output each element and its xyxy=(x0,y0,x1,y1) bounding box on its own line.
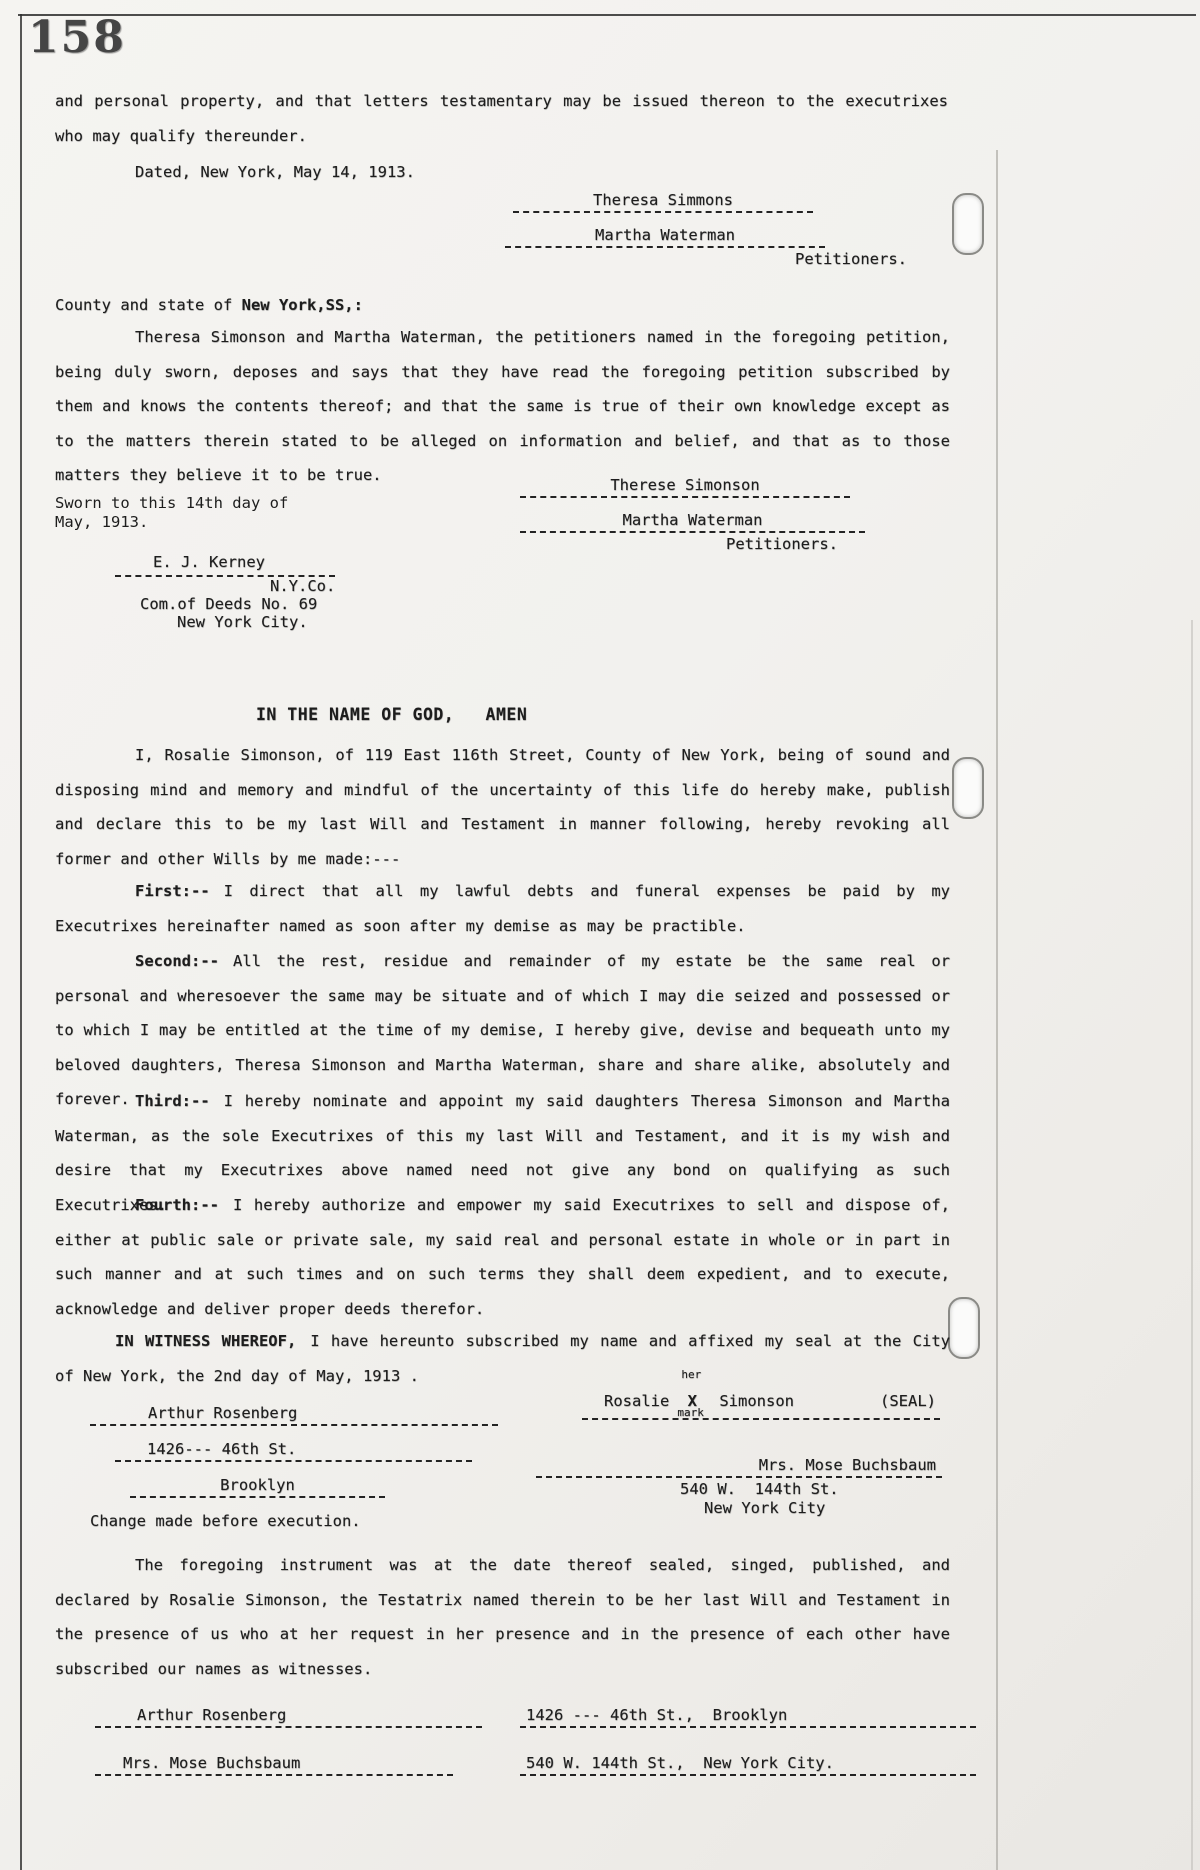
page-edge-line xyxy=(996,150,998,1870)
jurat-block: Sworn to this 14th day of May, 1913. xyxy=(55,494,288,532)
change-note: Change made before execution. xyxy=(90,1504,470,1539)
execution-witness-left-block: Arthur Rosenberg 1426--- 46th St. Brookl… xyxy=(90,1396,470,1539)
execution-testatrix-block: Rosalie Xhermark Simonson (SEAL) Mrs. Mo… xyxy=(582,1392,982,1518)
verification-paragraph: Theresa Simonson and Martha Waterman, th… xyxy=(55,320,950,493)
will-heading: IN THE NAME OF GOD, AMEN xyxy=(256,698,527,733)
notary-city-line: New York City. xyxy=(177,613,535,631)
jurat-line-1: Sworn to this 14th day of xyxy=(55,494,288,513)
clause-text-fourth: I hereby authorize and empower my said E… xyxy=(55,1196,950,1318)
verification-signature-block: Therese Simonson Martha Waterman Petitio… xyxy=(520,468,950,554)
mark-label: mark xyxy=(677,1406,704,1419)
seal-label: (SEAL) xyxy=(880,1384,936,1419)
signature-line-martha-waterman-2: Martha Waterman xyxy=(520,503,865,533)
jurat-line-2: May, 1913. xyxy=(55,513,288,532)
testimonium-label: IN WITNESS WHEREOF, xyxy=(115,1332,296,1350)
will-opening-paragraph: I, Rosalie Simonson, of 119 East 116th S… xyxy=(55,738,950,876)
witness-address-mrs-buchsbaum: 540 W. 144th St., New York City. xyxy=(520,1746,976,1776)
will-clause-fourth: Fourth:--I hereby authorize and empower … xyxy=(55,1188,950,1326)
petitioners-label-2: Petitioners. xyxy=(520,535,950,554)
her-label: her xyxy=(681,1368,701,1381)
testatrix-mark: Xhermark xyxy=(679,1384,705,1419)
will-clause-first: First:--I direct that all my lawful debt… xyxy=(55,874,950,943)
clause-label-fourth: Fourth:-- xyxy=(135,1196,219,1214)
witness-name-arthur-rosenberg: Arthur Rosenberg xyxy=(95,1698,482,1728)
signature-line-martha-waterman: Martha Waterman xyxy=(505,218,825,248)
witness-address-line-1: 1426--- 46th St. xyxy=(115,1432,472,1462)
scan-frame-left-line xyxy=(20,14,22,1870)
testatrix-first-name: Rosalie xyxy=(604,1384,669,1419)
notary-nyco-line: N.Y.Co. xyxy=(270,577,535,595)
venue-emphasis: New York,SS,: xyxy=(242,296,363,314)
scan-frame-top-line xyxy=(18,14,1196,16)
buchsbaum-address-line-2: New York City xyxy=(704,1499,982,1518)
petition-signature-block: Theresa Simmons Martha Waterman Petition… xyxy=(505,183,955,269)
page-edge-line-right xyxy=(1191,620,1193,1870)
testimonium-paragraph: IN WITNESS WHEREOF,I have hereunto subsc… xyxy=(55,1324,950,1393)
witness-signature-arthur-rosenberg: Arthur Rosenberg xyxy=(90,1396,498,1426)
clause-label-first: First:-- xyxy=(135,882,210,900)
binder-hole xyxy=(952,193,984,255)
page-number-stamp: 158 xyxy=(28,12,126,63)
signature-line-theresa-simmons: Theresa Simmons xyxy=(513,183,813,213)
witness-address-arthur-rosenberg: 1426 --- 46th St., Brooklyn xyxy=(520,1698,976,1728)
witness-signature-mrs-buchsbaum: Mrs. Mose Buchsbaum xyxy=(536,1448,942,1478)
witness-address-line-2: Brooklyn xyxy=(130,1468,385,1498)
witness-name-mrs-buchsbaum: Mrs. Mose Buchsbaum xyxy=(95,1746,453,1776)
clause-label-second: Second:-- xyxy=(135,952,219,970)
venue-prefix: County and state of xyxy=(55,296,242,314)
testatrix-last-name: Simonson xyxy=(719,1384,794,1419)
buchsbaum-address-line-1: 540 W. 144th St. xyxy=(680,1480,982,1499)
petitioners-label: Petitioners. xyxy=(505,250,955,269)
notary-commission-line: Com.of Deeds No. 69 xyxy=(140,595,535,613)
notary-block: E. J. Kerney N.Y.Co. Com.of Deeds No. 69… xyxy=(115,550,535,631)
attestation-paragraph: The foregoing instrument was at the date… xyxy=(55,1548,950,1686)
testatrix-signature-line: Rosalie Xhermark Simonson (SEAL) xyxy=(582,1392,940,1420)
binder-hole xyxy=(948,1297,980,1359)
binder-hole xyxy=(952,757,984,819)
petition-closing-paragraph: and personal property, and that letters … xyxy=(55,84,948,153)
clause-label-third: Third:-- xyxy=(135,1092,210,1110)
dated-line: Dated, New York, May 14, 1913. xyxy=(135,155,415,190)
venue-line: County and state of New York,SS,: xyxy=(55,288,363,323)
signature-line-therese-simonson: Therese Simonson xyxy=(520,468,850,498)
notary-signature-line: E. J. Kerney xyxy=(115,550,335,577)
